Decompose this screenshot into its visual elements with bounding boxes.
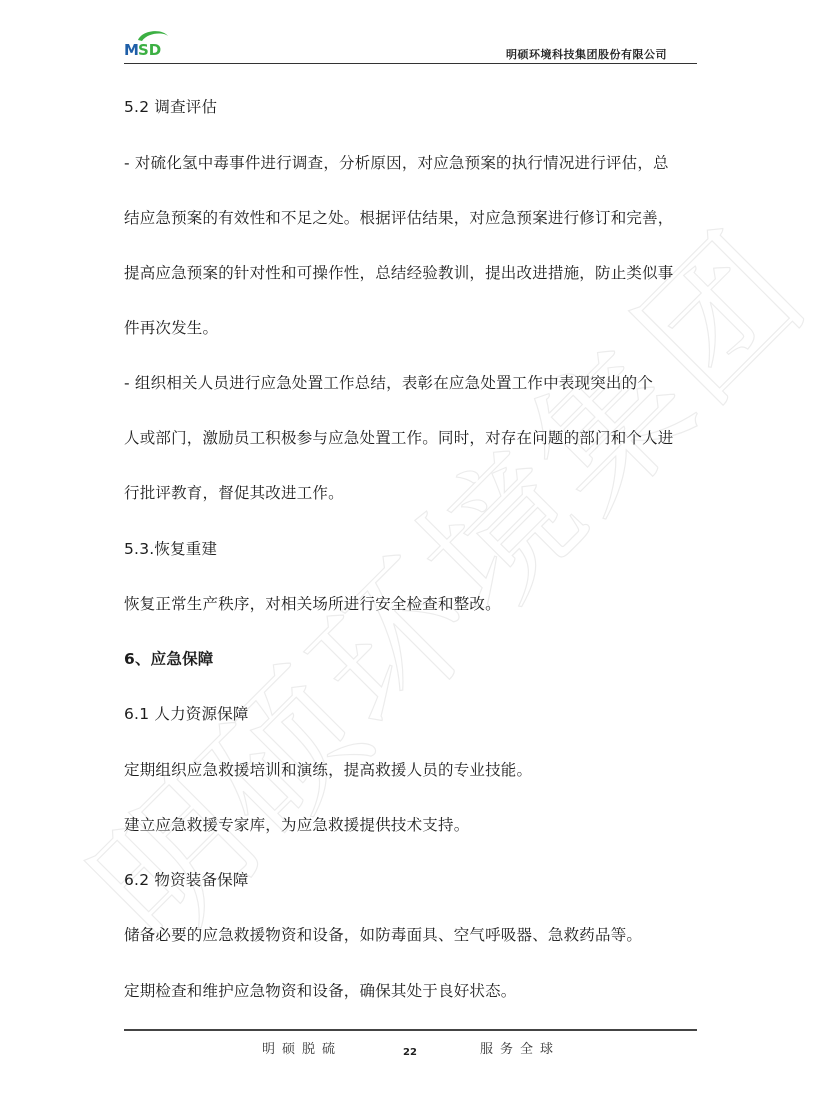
paragraph-line: 人或部门，激励员工积极参与应急处置工作。同时，对存在问题的部门和个人进 [124, 426, 674, 448]
paragraph-line: 结应急预案的有效性和不足之处。根据评估结果，对应急预案进行修订和完善， [124, 206, 674, 228]
svg-text:SD: SD [138, 41, 161, 58]
header-divider [124, 63, 697, 64]
footer-slogan-right: 服务全球 [480, 1038, 560, 1057]
paragraph-line: 储备必要的应急救援物资和设备，如防毒面具、空气呼吸器、急救药品等。 [124, 923, 642, 945]
page-header: M SD 明硕环境科技集团股份有限公司 [124, 24, 697, 64]
paragraph-line: 定期组织应急救援培训和演练，提高救援人员的专业技能。 [124, 758, 532, 780]
footer-slogan-left: 明硕脱硫 [262, 1038, 342, 1057]
paragraph-line: 建立应急救援专家库，为应急救援提供技术支持。 [124, 813, 469, 835]
section-heading-5-3: 5.3.恢复重建 [124, 537, 217, 559]
paragraph-line: 行批评教育，督促其改进工作。 [124, 481, 344, 503]
section-heading-6-2: 6.2 物资装备保障 [124, 868, 249, 890]
paragraph-line: - 组织相关人员进行应急处置工作总结，表彰在应急处置工作中表现突出的个 [124, 371, 653, 393]
paragraph-line: 件再次发生。 [124, 316, 218, 338]
section-heading-6-1: 6.1 人力资源保障 [124, 702, 249, 724]
paragraph-line: 定期检查和维护应急物资和设备，确保其处于良好状态。 [124, 979, 517, 1001]
watermark-text: 明硕环境集团 [37, 177, 822, 983]
paragraph-line: - 对硫化氢中毒事件进行调查，分析原因，对应急预案的执行情况进行评估，总 [124, 151, 669, 173]
svg-text:M: M [124, 41, 139, 58]
section-heading-5-2: 5.2 调查评估 [124, 95, 217, 117]
page-number: 22 [403, 1047, 417, 1058]
paragraph-line: 恢复正常生产秩序，对相关场所进行安全检查和整改。 [124, 592, 501, 614]
company-logo-icon: M SD [124, 28, 178, 58]
paragraph-line: 提高应急预案的针对性和可操作性，总结经验教训，提出改进措施，防止类似事 [124, 261, 674, 283]
footer-divider [124, 1029, 697, 1031]
chapter-heading-6: 6、应急保障 [124, 647, 214, 669]
document-page: 明硕环境集团 M SD 明硕环境科技集团股份有限公司 5.2 调查评估 - 对硫… [0, 0, 822, 1096]
company-name: 明硕环境科技集团股份有限公司 [506, 46, 667, 62]
